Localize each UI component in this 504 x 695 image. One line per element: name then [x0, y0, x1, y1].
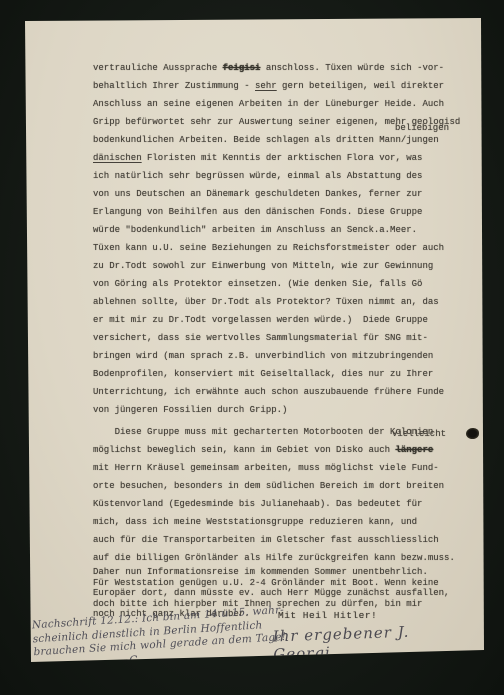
typed-line: bringen wird (man sprach z.B. unverbindl… [93, 347, 465, 365]
typed-line: zu Dr.Todt sowohl zur Einwerbung von Mit… [93, 257, 465, 275]
typed-line: auf die billigen Grönländer als Hilfe zu… [93, 549, 465, 567]
typed-line: versichert, dass sie wertvolles Sammlung… [93, 329, 465, 347]
typed-line: von uns Deutschen an Dänemark geschuldet… [93, 185, 465, 203]
typed-line: Tüxen kann u.U. seine Beziehungen zu Rei… [93, 239, 465, 257]
letter-paper: vertrauliche Aussprache feigisi anschlos… [25, 16, 485, 664]
typed-line: orte besuchen, besonders in dem südliche… [93, 477, 465, 495]
closing-salute: Mit Heil Hitler! [278, 610, 377, 621]
typed-line: vertrauliche Aussprache feigisi anschlos… [93, 59, 465, 77]
typed-line: von jüngeren Fossilien durch Gripp.) [93, 401, 465, 419]
typed-paragraph-2: Diese Gruppe muss mit gecharterten Motor… [93, 423, 465, 567]
handwritten-postscript: Nachschrift 12.12.: Ich bin am 14.u.15. … [32, 605, 275, 674]
handwritten-signature: Ihr ergebener J. Georgi. [272, 621, 473, 664]
typed-line: mit Herrn Kräusel gemeinsam arbeiten, mu… [93, 459, 465, 477]
typed-line: Europäer dort, dann müsste ev. auch Herr… [93, 588, 473, 599]
handwritten-insertion-beliebigen: beliebigen [395, 124, 449, 133]
typed-line: möglichst beweglich sein, kann im Gebiet… [93, 441, 465, 459]
ink-blot [466, 428, 479, 439]
typed-line: bodenkundlichen Arbeiten. Beide schlagen… [93, 131, 465, 149]
typed-paragraph-1: vertrauliche Aussprache feigisi anschlos… [93, 59, 465, 419]
typed-line: Erlangung von Beihilfen aus den dänische… [93, 203, 465, 221]
typed-insertion-vielleicht: vielleicht [392, 430, 446, 439]
typed-line: Unterrichtung, ich erwähnte auch schon a… [93, 383, 465, 401]
typed-line: Anschluss an seine eigenen Arbeiten in d… [93, 95, 465, 113]
typed-line: von Göring als Protektor einsetzen. (Wie… [93, 275, 465, 293]
typed-line: mich, dass ich meine Weststationsgruppe … [93, 513, 465, 531]
typed-line: Bodenprofilen, konserviert mit Geiseltal… [93, 365, 465, 383]
typed-line: würde "bodenkundlich" arbeiten im Anschl… [93, 221, 465, 239]
typed-line: Küstenvorland (Egedesminde bis Julianeha… [93, 495, 465, 513]
typed-line: ablehnen sollte, über Dr.Todt als Protek… [93, 293, 465, 311]
typed-line: dänischen Floristen mit Kenntis der arkt… [93, 149, 465, 167]
typed-line: auch für die Transportarbeiten im Gletsc… [93, 531, 465, 549]
typed-line: Daher nun Informationsreise im kommenden… [93, 567, 473, 578]
typed-line: ich natürlich sehr begrüssen würde, einm… [93, 167, 465, 185]
typed-line: behaltlich Ihrer Zustimmung - sehr gern … [93, 77, 465, 95]
photo-background: vertrauliche Aussprache feigisi anschlos… [0, 0, 504, 695]
typed-line: er mit mir zu Dr.Todt vorgelassen werden… [93, 311, 465, 329]
typed-line: Für Weststation genügen u.U. 2-4 Grönlän… [93, 578, 473, 589]
